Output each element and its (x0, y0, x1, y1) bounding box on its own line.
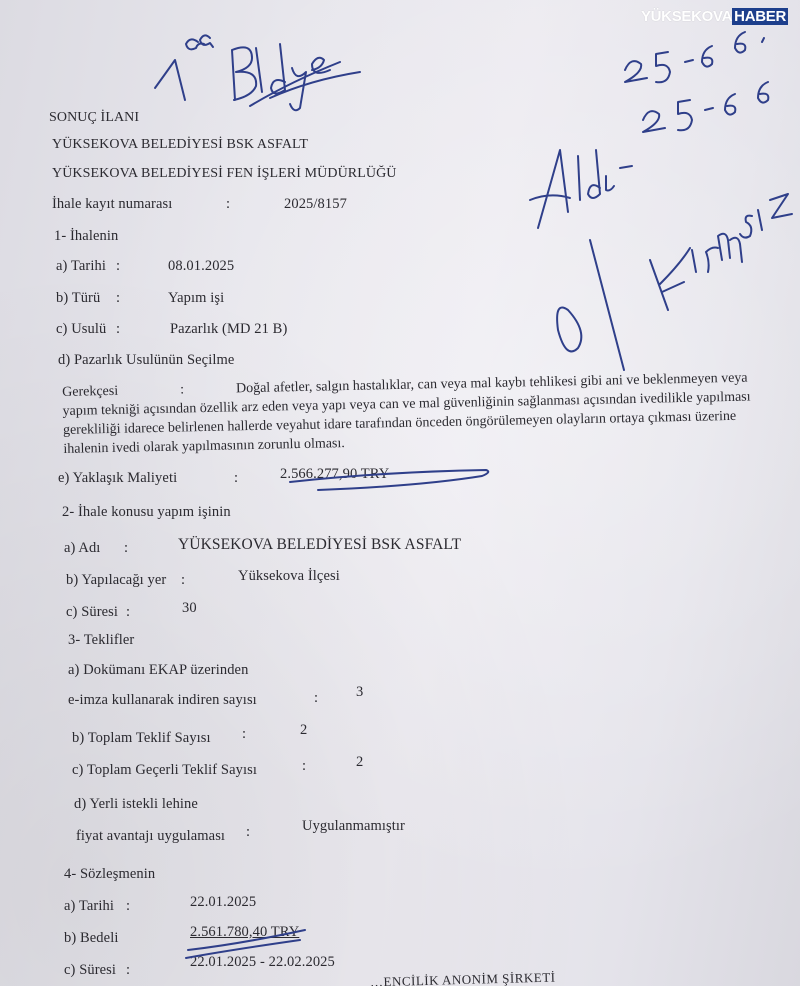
gerekce-block: Gerekçesi:Doğal afetler, salgın hastalık… (62, 369, 743, 459)
section1-usulu-label: c) Usulü (56, 321, 106, 338)
section1-turu-value: Yapım işi (168, 290, 224, 307)
toplam-teklif-value: 2 (300, 722, 307, 739)
section4-bedeli-label: b) Bedeli (64, 930, 118, 947)
section1-pazarlik-label: d) Pazarlık Usulünün Seçilme (58, 352, 234, 369)
kayit-value: 2025/8157 (284, 196, 347, 213)
section4-suresi-value: 22.01.2025 - 22.02.2025 (190, 954, 335, 971)
header-line-2: YÜKSEKOVA BELEDİYESİ BSK ASFALT (52, 137, 308, 153)
section1-title: 1- İhalenin (54, 228, 118, 245)
colon: : (302, 758, 306, 775)
yerli-label-2: fiyat avantajı uygulaması (76, 828, 225, 845)
colon: : (126, 962, 130, 979)
gerekce-label: Gerekçesi (62, 384, 118, 400)
watermark-part2: HABER (732, 8, 788, 25)
kayit-label: İhale kayıt numarası (52, 196, 172, 213)
colon: : (181, 572, 185, 589)
colon: : (126, 898, 130, 915)
dokuman-row: e-imza kullanarak indiren sayısı : 3 (68, 692, 468, 714)
header-line-3: YÜKSEKOVA BELEDİYESİ FEN İŞLERİ MÜDÜRLÜĞ… (52, 166, 397, 182)
gecerli-teklif-value: 2 (356, 754, 363, 771)
section4-bedeli-row: b) Bedeli 2.561.780,40 TRY (64, 930, 464, 952)
section2-suresi-label: c) Süresi (66, 604, 118, 621)
colon: : (116, 321, 120, 338)
section4-tarihi-value: 22.01.2025 (190, 894, 256, 911)
section3-title: 3- Teklifler (68, 632, 134, 649)
colon: : (242, 726, 246, 743)
section2-adi-row: a) Adı : YÜKSEKOVA BELEDİYESİ BSK ASFALT (64, 536, 564, 558)
dokuman-label-2: e-imza kullanarak indiren sayısı (68, 692, 257, 709)
section2-adi-label: a) Adı (64, 540, 100, 557)
section2-suresi-value: 30 (182, 600, 197, 617)
section2-yer-value: Yüksekova İlçesi (238, 568, 340, 585)
section1-turu-label: b) Türü (56, 290, 100, 307)
section2-suresi-row: c) Süresi : 30 (66, 600, 466, 622)
yerli-value: Uygulanmamıştır (302, 818, 405, 835)
section2-yer-row: b) Yapılacağı yer : Yüksekova İlçesi (66, 568, 566, 590)
colon: : (116, 258, 120, 275)
yerli-label-1: d) Yerli istekli lehine (74, 796, 198, 813)
dokuman-label-1: a) Dokümanı EKAP üzerinden (68, 662, 248, 679)
colon: : (124, 540, 128, 557)
colon: : (314, 690, 318, 707)
maliyet-label: e) Yaklaşık Maliyeti (58, 470, 177, 487)
section4-bedeli-value: 2.561.780,40 TRY (190, 924, 299, 941)
kayit-colon: : (226, 196, 230, 213)
document-title: SONUÇ İLANI (49, 110, 139, 126)
toplam-teklif-row: b) Toplam Teklif Sayısı : 2 (72, 730, 472, 752)
section1-tarihi-row: a) Tarihi : 08.01.2025 (56, 258, 456, 278)
yerli-row: fiyat avantajı uygulaması : Uygulanmamış… (76, 828, 496, 850)
section2-yer-label: b) Yapılacağı yer (66, 572, 166, 589)
gecerli-teklif-label: c) Toplam Geçerli Teklif Sayısı (72, 762, 257, 779)
maliyet-row: e) Yaklaşık Maliyeti : 2.566.277,90 TRY (58, 470, 558, 490)
section2-adi-value: YÜKSEKOVA BELEDİYESİ BSK ASFALT (178, 536, 461, 554)
section4-tarihi-label: a) Tarihi (64, 898, 114, 915)
section1-tarihi-label: a) Tarihi (56, 258, 106, 275)
colon: : (180, 382, 184, 397)
colon: : (246, 824, 250, 841)
section4-title: 4- Sözleşmenin (64, 866, 155, 883)
section4-suresi-label: c) Süresi (64, 962, 116, 979)
colon: : (234, 470, 238, 487)
gecerli-teklif-row: c) Toplam Geçerli Teklif Sayısı : 2 (72, 762, 472, 784)
kayit-row: İhale kayıt numarası : 2025/8157 (52, 196, 452, 216)
section1-turu-row: b) Türü : Yapım işi (56, 290, 456, 310)
colon: : (126, 604, 130, 621)
maliyet-value: 2.566.277,90 TRY (280, 466, 389, 483)
handwriting-one (155, 60, 185, 100)
section1-tarihi-value: 08.01.2025 (168, 258, 234, 275)
toplam-teklif-label: b) Toplam Teklif Sayısı (72, 730, 211, 747)
section4-tarihi-row: a) Tarihi : 22.01.2025 (64, 898, 464, 920)
colon: : (116, 290, 120, 307)
section1-usulu-value: Pazarlık (MD 21 B) (170, 321, 287, 338)
dokuman-value: 3 (356, 684, 363, 701)
section2-title: 2- İhale konusu yapım işinin (62, 504, 231, 521)
watermark-logo: YÜKSEKOVAHABER (641, 8, 788, 25)
watermark-part1: YÜKSEKOVA (641, 8, 732, 25)
section1-usulu-row: c) Usulü : Pazarlık (MD 21 B) (56, 321, 456, 341)
